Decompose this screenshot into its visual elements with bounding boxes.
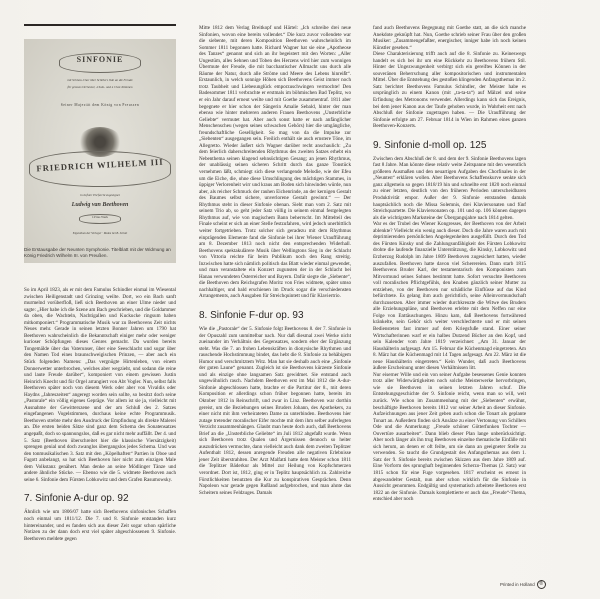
section-heading-symphony-9: 9. Sinfonie d-moll op. 125 <box>373 140 526 152</box>
engraving-footer: Eigenthum der Verleger · Mainz bei B. Sc… <box>24 231 176 235</box>
publisher-logo-icon: ® <box>537 580 546 589</box>
engraving-opus: 125tes Werk <box>24 215 176 219</box>
document-page: SINFONIE mit Schluss-Chor über Schillers… <box>0 0 600 599</box>
paragraph: fand auch Beethovens Begegnung mit Goeth… <box>373 25 526 51</box>
paragraph: So im April 1823, als er mit dem Famulus… <box>24 287 176 483</box>
engraving-title: SINFONIE <box>24 55 176 64</box>
text-column-3: fand auch Beethovens Begegnung mit Goeth… <box>373 25 526 503</box>
paragraph: War es der Trubel des Wiener Kongresses,… <box>373 221 526 372</box>
paragraph: Diese Charakterisierung trifft auch auf … <box>373 51 526 130</box>
paragraph: Wie die „Pastorale“ der 5. Sinfonie folg… <box>199 326 351 496</box>
engraving-line1: mit Schluss-Chor über Schillers Ode an d… <box>24 78 176 82</box>
top-rule-divider <box>24 24 176 26</box>
text-column-2: Mitte 1812 dem Verlag Breitkopf und Härt… <box>199 25 351 496</box>
printed-in-imprint: Printed in Holland ® <box>500 580 546 589</box>
imprint-text: Printed in Holland <box>500 582 535 587</box>
title-page-engraving-image: SINFONIE mit Schluss-Chor über Schillers… <box>24 39 176 263</box>
section-heading-symphony-7: 7. Sinfonie A-dur op. 92 <box>24 493 176 505</box>
engraving-dedication: Seiner Majestät dem König von Preussen <box>24 103 176 107</box>
text-column-1: So im April 1823, als er mit dem Famulus… <box>24 287 176 542</box>
paragraph: Mitte 1812 dem Verlag Breitkopf und Härt… <box>199 25 351 300</box>
engraving-line2: für grosses Orchester, 4 Solo- und 4 Cho… <box>24 85 176 89</box>
engraving-composer-intro: in tiefster Ehrfurcht zugeeignet <box>24 193 176 197</box>
engraving-composer: Ludwig van Beethoven <box>24 202 176 208</box>
paragraph: Ähnlich wie um 1806/07 hatte sich Beetho… <box>24 509 176 542</box>
paragraph: Zwischen dem Abschluß der 8. und dem der… <box>373 156 526 221</box>
paragraph: Nur eiserner Wille und ein von seiner Au… <box>373 372 526 503</box>
image-caption: Die Erstausgabe der Neunten Symphonie. T… <box>24 247 176 259</box>
section-heading-symphony-8: 8. Sinfonie F-dur op. 93 <box>199 310 351 322</box>
